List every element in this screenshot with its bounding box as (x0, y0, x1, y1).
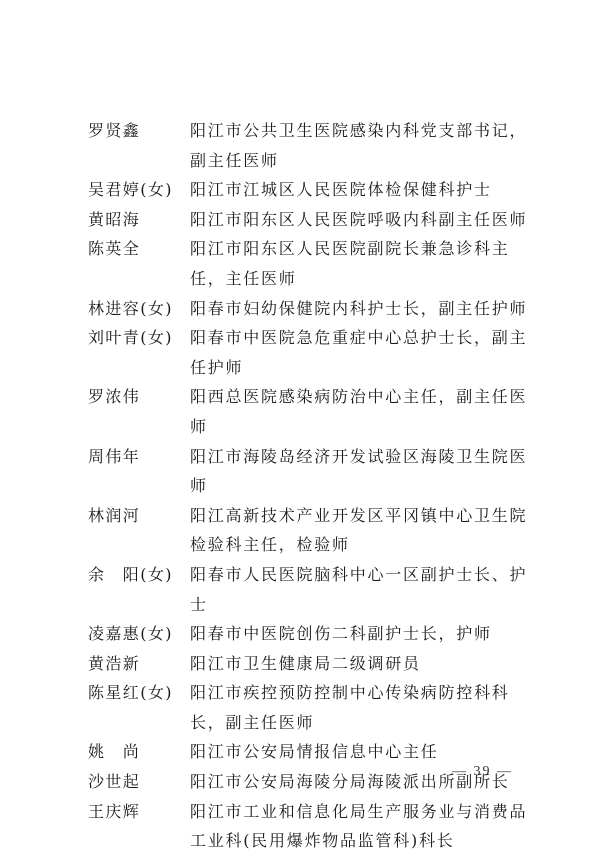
person-position: 阳江市阳东区人民医院呼吸内科副主任医师 (190, 205, 533, 235)
person-position: 阳江市公安局情报信息中心主任 (190, 737, 533, 767)
person-name: 罗浓伟 (88, 382, 190, 412)
personnel-list: 罗贤鑫 阳江市公共卫生医院感染内科党支部书记，副主任医师 吴君婷(女) 阳江市江… (88, 116, 533, 856)
document-page: 罗贤鑫 阳江市公共卫生医院感染内科党支部书记，副主任医师 吴君婷(女) 阳江市江… (0, 0, 612, 859)
list-item: 余 阳(女) 阳春市人民医院脑科中心一区副护士长、护士 (88, 560, 533, 619)
person-position: 阳春市人民医院脑科中心一区副护士长、护士 (190, 560, 533, 619)
person-position: 阳江市工业和信息化局生产服务业与消费品工业科(民用爆炸物品监管科)科长 (190, 797, 533, 856)
list-item: 林进容(女) 阳春市妇幼保健院内科护士长，副主任护师 (88, 294, 533, 324)
person-name: 黄昭海 (88, 205, 190, 235)
person-name: 王庆辉 (88, 797, 190, 827)
list-item: 陈英全 阳江市阳东区人民医院副院长兼急诊科主任，主任医师 (88, 234, 533, 293)
page-number: — 39 — (452, 764, 513, 780)
person-position: 阳江市疾控预防控制中心传染病防控科科长，副主任医师 (190, 678, 533, 737)
list-item: 陈星红(女) 阳江市疾控预防控制中心传染病防控科科长，副主任医师 (88, 678, 533, 737)
person-position: 阳春市妇幼保健院内科护士长，副主任护师 (190, 294, 533, 324)
person-position: 阳江高新技术产业开发区平冈镇中心卫生院检验科主任，检验师 (190, 501, 533, 560)
person-position: 阳春市中医院创伤二科副护士长，护师 (190, 619, 533, 649)
person-name: 周伟年 (88, 442, 190, 472)
list-item: 林润河 阳江高新技术产业开发区平冈镇中心卫生院检验科主任，检验师 (88, 501, 533, 560)
list-item: 凌嘉惠(女) 阳春市中医院创伤二科副护士长，护师 (88, 619, 533, 649)
person-name: 陈星红(女) (88, 678, 190, 708)
person-position: 阳江市江城区人民医院体检保健科护士 (190, 175, 533, 205)
person-position: 阳春市中医院急危重症中心总护士长，副主任护师 (190, 323, 533, 382)
person-name: 刘叶青(女) (88, 323, 190, 353)
list-item: 王庆辉 阳江市工业和信息化局生产服务业与消费品工业科(民用爆炸物品监管科)科长 (88, 797, 533, 856)
list-item: 刘叶青(女) 阳春市中医院急危重症中心总护士长，副主任护师 (88, 323, 533, 382)
person-name: 黄浩新 (88, 649, 190, 679)
list-item: 姚 尚 阳江市公安局情报信息中心主任 (88, 737, 533, 767)
person-name: 罗贤鑫 (88, 116, 190, 146)
person-name: 林进容(女) (88, 294, 190, 324)
person-name: 凌嘉惠(女) (88, 619, 190, 649)
person-position: 阳江市公共卫生医院感染内科党支部书记，副主任医师 (190, 116, 533, 175)
person-position: 阳江市卫生健康局二级调研员 (190, 649, 533, 679)
person-name: 林润河 (88, 501, 190, 531)
list-item: 罗贤鑫 阳江市公共卫生医院感染内科党支部书记，副主任医师 (88, 116, 533, 175)
person-name: 姚 尚 (88, 737, 190, 767)
person-name: 吴君婷(女) (88, 175, 190, 205)
person-name: 沙世起 (88, 767, 190, 797)
person-position: 阳西总医院感染病防治中心主任，副主任医师 (190, 382, 533, 441)
person-name: 余 阳(女) (88, 560, 190, 590)
person-position: 阳江市阳东区人民医院副院长兼急诊科主任，主任医师 (190, 234, 533, 293)
list-item: 周伟年 阳江市海陵岛经济开发试验区海陵卫生院医师 (88, 442, 533, 501)
list-item: 黄昭海 阳江市阳东区人民医院呼吸内科副主任医师 (88, 205, 533, 235)
person-name: 陈英全 (88, 234, 190, 264)
person-position: 阳江市海陵岛经济开发试验区海陵卫生院医师 (190, 442, 533, 501)
list-item: 黄浩新 阳江市卫生健康局二级调研员 (88, 649, 533, 679)
list-item: 罗浓伟 阳西总医院感染病防治中心主任，副主任医师 (88, 382, 533, 441)
list-item: 吴君婷(女) 阳江市江城区人民医院体检保健科护士 (88, 175, 533, 205)
